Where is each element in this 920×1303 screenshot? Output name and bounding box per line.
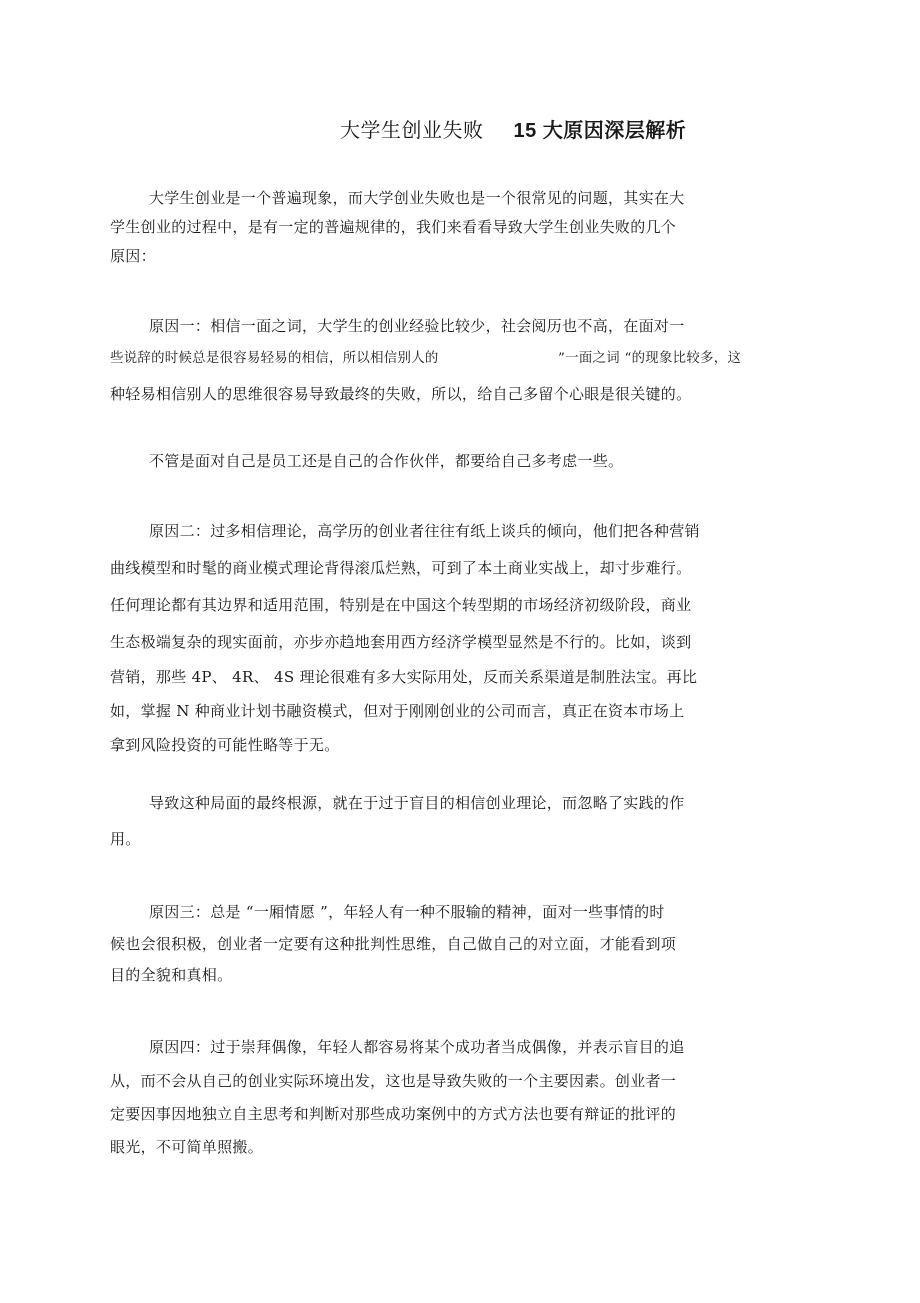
- text-line: 任何理论都有其边界和适用范围，特别是在中国这个转型期的市场经济初级阶段，商业: [110, 595, 691, 615]
- text-line: 不管是面对自己是员工还是自己的合作伙伴，都要给自己多考虑一些。: [149, 451, 623, 471]
- text-line: 原因二：过多相信理论，高学历的创业者往往有纸上谈兵的倾向，他们把各种营销: [149, 521, 700, 541]
- text-line: 大学生创业是一个普遍现象，而大学创业失败也是一个很常见的问题，其实在大: [149, 188, 685, 208]
- text-line: 用。: [110, 829, 141, 849]
- text-line: 拿到风险投资的可能性略等于无。: [110, 735, 340, 755]
- text-line: 原因一：相信一面之词，大学生的创业经验比较少，社会阅历也不高，在面对一: [149, 316, 685, 336]
- text-line: 曲线模型和时髦的商业模式理论背得滚瓜烂熟，可到了本土商业实战上，却寸步难行。: [110, 558, 691, 578]
- text-line: 候也会很积极，创业者一定要有这种批判性思维，自己做自己的对立面，才能看到项: [110, 934, 676, 954]
- text-line: 从，而不会从自己的创业实际环境出发，这也是导致失败的一个主要因素。创业者一: [110, 1071, 676, 1091]
- text-line: 眼光，不可简单照搬。: [110, 1137, 263, 1157]
- text-line: 原因：: [110, 246, 156, 266]
- text-line: 原因四：过于崇拜偶像，年轻人都容易将某个成功者当成偶像，并表示盲目的追: [149, 1037, 685, 1057]
- title-part-1: 大学生创业失败: [340, 118, 484, 142]
- text-line: 如，掌握 N 种商业计划书融资模式，但对于刚刚创业的公司而言，真正在资本市场上: [110, 701, 684, 721]
- text-line: 定要因事因地独立自主思考和判断对那些成功案例中的方式方法也要有辩证的批评的: [110, 1104, 676, 1124]
- text-line: 目的全貌和真相。: [110, 965, 232, 985]
- text-line: 营销，那些 4P、 4R、 4S 理论很难有多大实际用处，反而关系渠道是制胜法宝…: [110, 667, 697, 687]
- text-line: 些说辞的时候总是很容易轻易的相信，所以相信别人的: [110, 349, 439, 369]
- text-line: 导致这种局面的最终根源，就在于过于盲目的相信创业理论，而忽略了实践的作: [149, 793, 685, 813]
- title-part-2: 15 大原因深层解析: [514, 120, 687, 142]
- text-line: 生态极端复杂的现实面前，亦步亦趋地套用西方经济学模型显然是不行的。比如，谈到: [110, 632, 691, 652]
- text-line: 学生创业的过程中，是有一定的普遍规律的，我们来看看导致大学生创业失败的几个: [110, 217, 676, 237]
- text-line: ”一面之词 “的现象比较多，这: [558, 349, 741, 369]
- text-line: 原因三：总是 “一厢情愿 ”，年轻人有一种不服输的精神，面对一些事情的时: [149, 902, 665, 922]
- text-line: 种轻易相信别人的思维很容易导致最终的失败，所以，给自己多留个心眼是很关键的。: [110, 384, 691, 404]
- document-page: 大学生创业失败15 大原因深层解析 大学生创业是一个普遍现象，而大学创业失败也是…: [0, 0, 920, 1303]
- document-title: 大学生创业失败15 大原因深层解析: [340, 114, 686, 143]
